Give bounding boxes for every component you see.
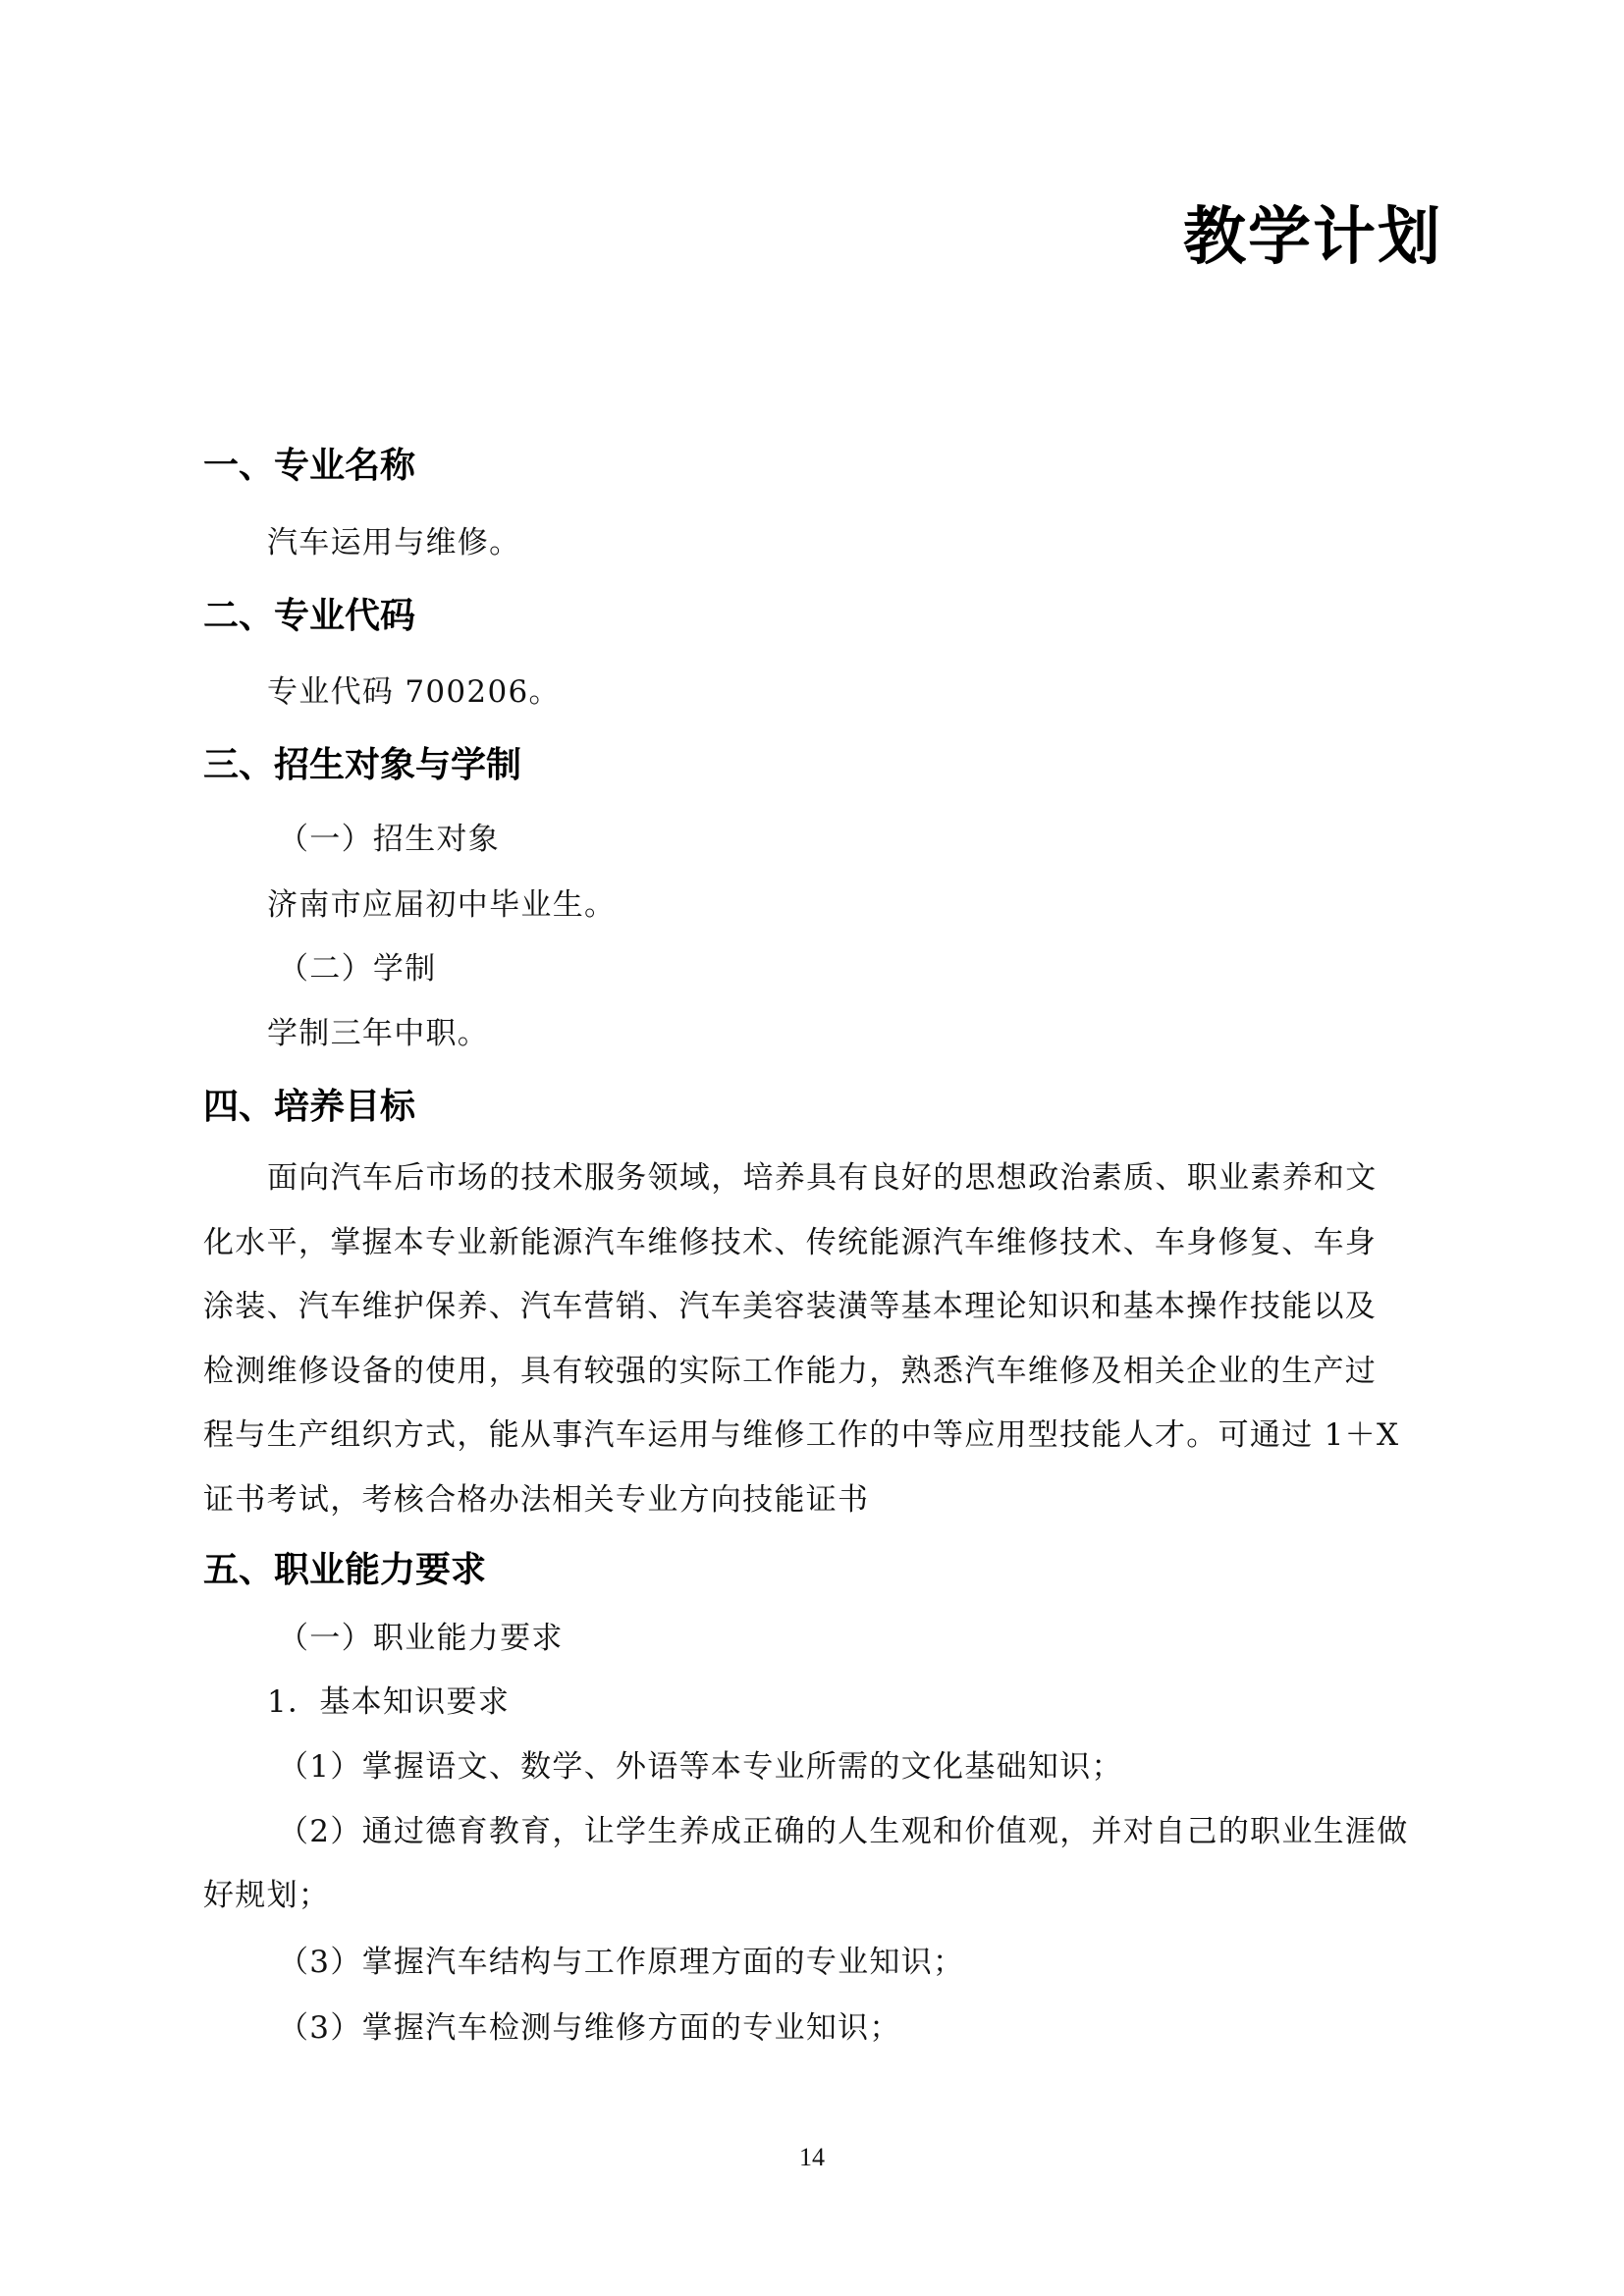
section-heading-competency: 五、职业能力要求 bbox=[203, 1549, 486, 1592]
page-title: 教学计划 bbox=[1183, 196, 1442, 279]
section-heading-training-goals: 四、培养目标 bbox=[203, 1086, 415, 1129]
major-code-text: 专业代码 700206。 bbox=[267, 672, 1485, 712]
training-goals-line-6: 证书考试，考核合格办法相关专业方向技能证书 bbox=[203, 1480, 1421, 1520]
training-goals-line-1: 面向汽车后市场的技术服务领域，培养具有良好的思想政治素质、职业素养和文 bbox=[267, 1158, 1421, 1198]
subheading-enrollment-target: （一）招生对象 bbox=[278, 820, 1495, 859]
knowledge-item-4: （3）掌握汽车检测与维修方面的专业知识； bbox=[278, 2008, 1495, 2048]
enrollment-target-text: 济南市应届初中毕业生。 bbox=[267, 885, 1485, 925]
section-heading-major-code: 二、专业代码 bbox=[203, 595, 415, 638]
knowledge-item-2-cont: 好规划； bbox=[203, 1876, 1421, 1915]
knowledge-item-2: （2）通过德育教育，让学生养成正确的人生观和价值观，并对自己的职业生涯做 bbox=[278, 1812, 1495, 1851]
training-goals-line-4: 检测维修设备的使用，具有较强的实际工作能力，熟悉汽车维修及相关企业的生产过 bbox=[203, 1352, 1421, 1391]
duration-text: 学制三年中职。 bbox=[267, 1014, 1485, 1053]
knowledge-item-3: （3）掌握汽车结构与工作原理方面的专业知识； bbox=[278, 1943, 1495, 1982]
training-goals-line-2: 化水平，掌握本专业新能源汽车维修技术、传统能源汽车维修技术、车身修复、车身 bbox=[203, 1223, 1421, 1262]
major-name-text: 汽车运用与维修。 bbox=[267, 523, 1485, 562]
document-page: 教学计划 一、专业名称 汽车运用与维修。 二、专业代码 专业代码 700206。… bbox=[0, 0, 1624, 2296]
subheading-duration: （二）学制 bbox=[278, 949, 1495, 988]
training-goals-line-5: 程与生产组织方式，能从事汽车运用与维修工作的中等应用型技能人才。可通过 1＋X bbox=[203, 1415, 1421, 1455]
section-heading-major-name: 一、专业名称 bbox=[203, 445, 415, 488]
subheading-basic-knowledge: 1．基本知识要求 bbox=[267, 1682, 1485, 1722]
training-goals-line-3: 涂装、汽车维护保养、汽车营销、汽车美容装潢等基本理论知识和基本操作技能以及 bbox=[203, 1287, 1421, 1326]
section-heading-enrollment: 三、招生对象与学制 bbox=[203, 744, 521, 787]
subheading-competency: （一）职业能力要求 bbox=[278, 1619, 1495, 1658]
knowledge-item-1: （1）掌握语文、数学、外语等本专业所需的文化基础知识； bbox=[278, 1747, 1495, 1787]
page-number: 14 bbox=[0, 2142, 1624, 2173]
